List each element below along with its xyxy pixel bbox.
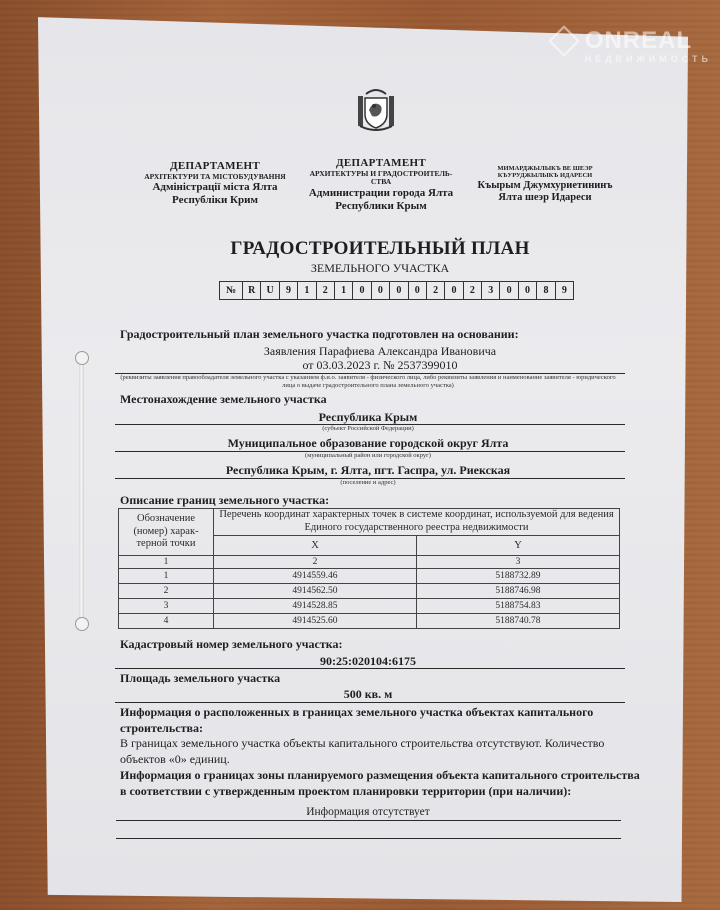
dept-cr-admin: Ялта шеэр Идареси xyxy=(460,192,630,204)
registration-number-cell: 0 xyxy=(519,282,537,299)
basis-applicant: Заявления Парафиева Александра Ивановича xyxy=(180,344,580,359)
y-coordinate: 5188754.83 xyxy=(416,599,619,614)
y-coordinate: 5188740.78 xyxy=(416,614,619,629)
registration-number-cell: 8 xyxy=(537,282,555,299)
location-address-hint: (поселение и адрес) xyxy=(118,479,618,487)
table-row: 2 4914562.50 5188746.98 xyxy=(119,584,620,599)
registration-number-cell: 0 xyxy=(409,282,427,299)
watermark: ONREAL НЕДВИЖИМОСТЬ xyxy=(549,26,712,64)
area-value: 500 кв. м xyxy=(118,687,618,702)
point-number: 4 xyxy=(119,614,214,629)
point-number: 3 xyxy=(119,599,214,614)
basis-label: Градостроительный план земельного участк… xyxy=(120,327,519,342)
basis-date-number: от 03.03.2023 г. № 2537399010 xyxy=(180,358,580,373)
registration-number-cell: 2 xyxy=(317,282,335,299)
location-label: Местонахождение земельного участка xyxy=(120,392,327,407)
registration-number-cell: 0 xyxy=(390,282,408,299)
dept-ua-title: ДЕПАРТАМЕНТ xyxy=(130,160,300,173)
dept-ru-republic: Республики Крым xyxy=(296,200,466,213)
dept-cr-subtitle: КЪУРУДЖЫЛЫКЪ ИДАРЕСИ xyxy=(460,172,630,179)
cadastral-number: 90:25:020104:6175 xyxy=(118,654,618,669)
dept-ru-subtitle-cont: СТВА xyxy=(296,178,466,187)
divider xyxy=(116,820,621,821)
planning-zone-value: Информация отсутствует xyxy=(118,806,618,818)
registration-number-cell: 2 xyxy=(464,282,482,299)
registration-number: №RU9121000020230089 xyxy=(219,281,574,300)
x-coordinate: 4914562.50 xyxy=(214,584,417,599)
dept-ru-admin: Администрации города Ялта xyxy=(296,187,466,200)
document-content: ДЕПАРТАМЕНТ АРХІТЕКТУРИ ТА МІСТОБУДУВАНН… xyxy=(0,0,720,910)
registration-number-cell: R xyxy=(243,282,261,299)
basis-hint: (реквизиты заявления правообладателя зем… xyxy=(118,374,618,390)
department-header-ukrainian: ДЕПАРТАМЕНТ АРХІТЕКТУРИ ТА МІСТОБУДУВАНН… xyxy=(130,160,300,207)
column-number: 2 xyxy=(214,556,417,569)
boundaries-label: Описание границ земельного участка: xyxy=(120,493,329,508)
column-number: 3 xyxy=(416,556,619,569)
registration-number-cell: 1 xyxy=(298,282,316,299)
capital-objects-label: Информация о расположенных в границах зе… xyxy=(120,704,630,736)
point-number-header: Обозначение (номер) харак-терной точки xyxy=(119,509,214,556)
location-address: Республика Крым, г. Ялта, пгт. Гаспра, у… xyxy=(118,463,618,478)
location-municipality-hint: (муниципальный район или городской округ… xyxy=(118,452,618,460)
y-coordinate: 5188732.89 xyxy=(416,569,619,584)
document-title: ГРАДОСТРОИТЕЛЬНЫЙ ПЛАН xyxy=(200,238,560,260)
watermark-logo: ONREAL xyxy=(585,27,692,55)
x-coordinate: 4914525.60 xyxy=(214,614,417,629)
x-coordinate: 4914528.85 xyxy=(214,599,417,614)
dept-ua-admin: Адміністрації міста Ялта xyxy=(130,181,300,194)
cadastral-label: Кадастровый номер земельного участка: xyxy=(120,637,343,652)
registration-number-cell: 9 xyxy=(556,282,573,299)
department-header-russian: ДЕПАРТАМЕНТ АРХИТЕКТУРЫ И ГРАДОСТРОИТЕЛЬ… xyxy=(296,157,466,212)
location-subject: Республика Крым xyxy=(118,410,618,425)
binding-hole-top xyxy=(75,351,89,365)
coordinates-header: Перечень координат характерных точек в с… xyxy=(214,509,620,536)
registration-number-cell: 0 xyxy=(445,282,463,299)
dept-cr-title: МИМАРДЖЫЛЫКЪ ВЕ ШЕЭР xyxy=(460,165,630,172)
divider xyxy=(115,668,625,669)
binding-string xyxy=(79,358,84,624)
registration-number-cell: № xyxy=(220,282,243,299)
table-row: 3 4914528.85 5188754.83 xyxy=(119,599,620,614)
capital-objects-text: В границах земельного участка объекты ка… xyxy=(120,735,630,767)
registration-number-cell: 1 xyxy=(335,282,353,299)
dept-ru-title: ДЕПАРТАМЕНТ xyxy=(296,157,466,170)
registration-number-cell: 0 xyxy=(353,282,371,299)
y-coordinate: 5188746.98 xyxy=(416,584,619,599)
registration-number-cell: 0 xyxy=(372,282,390,299)
watermark-subtitle: НЕДВИЖИМОСТЬ xyxy=(585,54,712,64)
registration-number-cell: U xyxy=(261,282,279,299)
location-municipality: Муниципальное образование городской окру… xyxy=(118,436,618,451)
binding-hole-bottom xyxy=(75,617,89,631)
planning-zone-label: Информация о границах зоны планируемого … xyxy=(120,767,640,799)
point-number: 1 xyxy=(119,569,214,584)
area-label: Площадь земельного участка xyxy=(120,671,280,686)
crimea-coat-of-arms-icon xyxy=(352,86,400,134)
dept-cr-republic: Къырым Джумхуриетининъ xyxy=(460,180,630,192)
dept-ua-subtitle: АРХІТЕКТУРИ ТА МІСТОБУДУВАННЯ xyxy=(130,173,300,182)
x-header: X xyxy=(214,536,417,556)
registration-number-cell: 9 xyxy=(280,282,298,299)
column-number: 1 xyxy=(119,556,214,569)
registration-number-cell: 2 xyxy=(427,282,445,299)
table-row: 1 4914559.46 5188732.89 xyxy=(119,569,620,584)
registration-number-cell: 3 xyxy=(482,282,500,299)
location-subject-hint: (субъект Российской Федерации) xyxy=(118,425,618,433)
coordinates-table: Обозначение (номер) харак-терной точки П… xyxy=(118,508,620,629)
table-row: 4 4914525.60 5188740.78 xyxy=(119,614,620,629)
divider xyxy=(116,838,621,839)
dept-ua-republic: Республіки Крим xyxy=(130,194,300,207)
divider xyxy=(115,702,625,703)
x-coordinate: 4914559.46 xyxy=(214,569,417,584)
department-header-crimean-tatar: МИМАРДЖЫЛЫКЪ ВЕ ШЕЭР КЪУРУДЖЫЛЫКЪ ИДАРЕС… xyxy=(460,165,630,204)
y-header: Y xyxy=(416,536,619,556)
document-subtitle: ЗЕМЕЛЬНОГО УЧАСТКА xyxy=(200,261,560,276)
house-logo-icon xyxy=(548,25,580,57)
registration-number-cell: 0 xyxy=(500,282,518,299)
point-number: 2 xyxy=(119,584,214,599)
